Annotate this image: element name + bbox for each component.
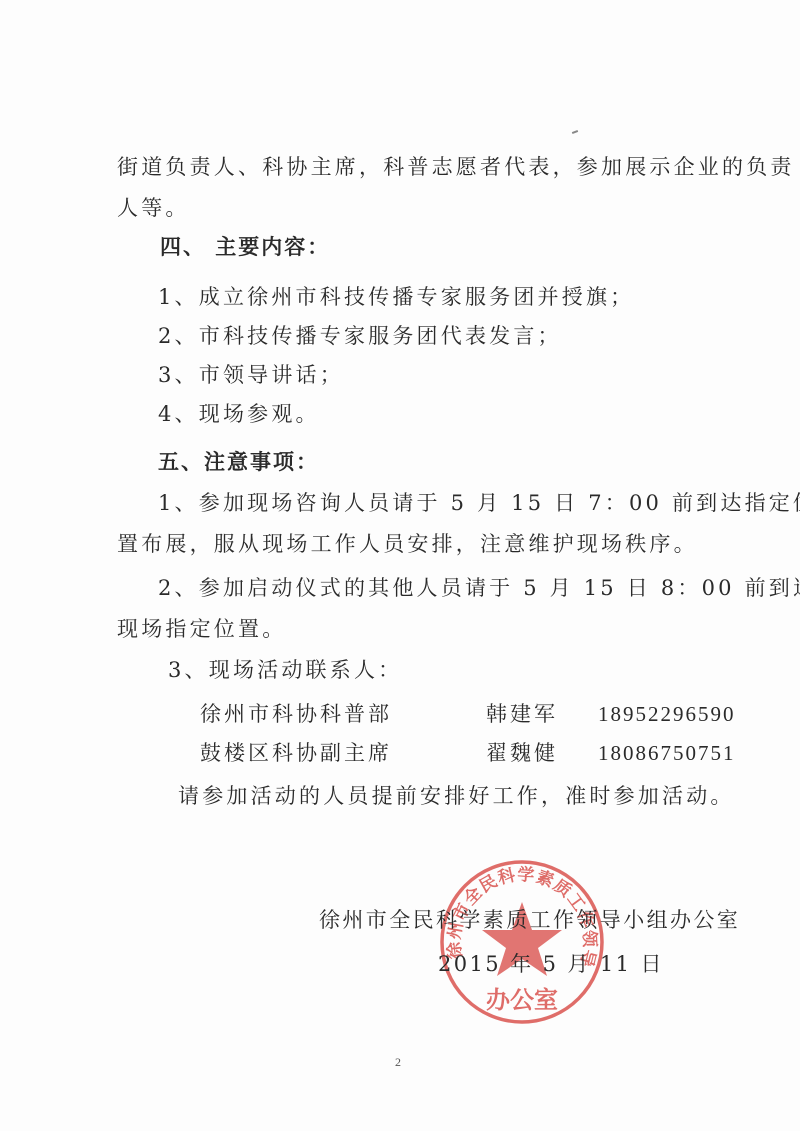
contact-org: 徐州市科协科普部 <box>200 700 486 728</box>
section-4-item-1: 1、成立徐州市科技传播专家服务团并授旗； <box>158 283 634 311</box>
contact-phone: 18952296590 <box>598 700 736 728</box>
page-number: 2 <box>395 1055 401 1070</box>
contact-row: 徐州市科协科普部韩建军18952296590 <box>200 700 736 728</box>
issue-date: 2015 年 5 月 11 日 <box>438 950 664 978</box>
contact-phone: 18086750751 <box>598 739 736 767</box>
seal-center-text: 办公室 <box>486 986 558 1014</box>
contact-org: 鼓楼区科协副主席 <box>200 739 486 767</box>
section-4-item-2: 2、市科技传播专家服务团代表发言； <box>158 322 562 350</box>
section-4-item-3: 3、市领导讲话； <box>158 361 344 389</box>
section-5-item-2-line-1: 2、参加启动仪式的其他人员请于 5 月 15 日 8：00 前到达 <box>158 574 800 602</box>
continuation-line-1: 街道负责人、科协主席，科普志愿者代表，参加展示企业的负责 <box>117 153 795 181</box>
closing-note: 请参加活动的人员提前安排好工作，准时参加活动。 <box>178 782 735 810</box>
contact-name: 翟魏健 <box>486 739 598 767</box>
document-page: 街道负责人、科协主席，科普志愿者代表，参加展示企业的负责 人等。 四、 主要内容… <box>0 0 800 1131</box>
continuation-line-2: 人等。 <box>117 194 190 222</box>
official-seal-icon: 徐州市全民科学素质工作领导小组 办公室 <box>438 858 606 1026</box>
section-5-item-2-line-2: 现场指定位置。 <box>117 615 286 643</box>
section-5-item-3-label: 3、现场活动联系人： <box>168 656 402 684</box>
section-5-item-1-line-1: 1、参加现场咨询人员请于 5 月 15 日 7：00 前到达指定位 <box>158 489 800 517</box>
section-5-heading: 五、注意事项： <box>158 448 319 476</box>
contact-row: 鼓楼区科协副主席翟魏健18086750751 <box>200 739 736 767</box>
section-5-item-1-line-2: 置布展，服从现场工作人员安排，注意维护现场秩序。 <box>117 530 698 558</box>
issuer-name: 徐州市全民科学素质工作领导小组办公室 <box>319 906 740 934</box>
contact-name: 韩建军 <box>486 700 598 728</box>
section-4-item-4: 4、现场参观。 <box>158 400 320 428</box>
scan-speck <box>572 130 578 134</box>
section-4-heading: 四、 主要内容： <box>160 233 330 261</box>
